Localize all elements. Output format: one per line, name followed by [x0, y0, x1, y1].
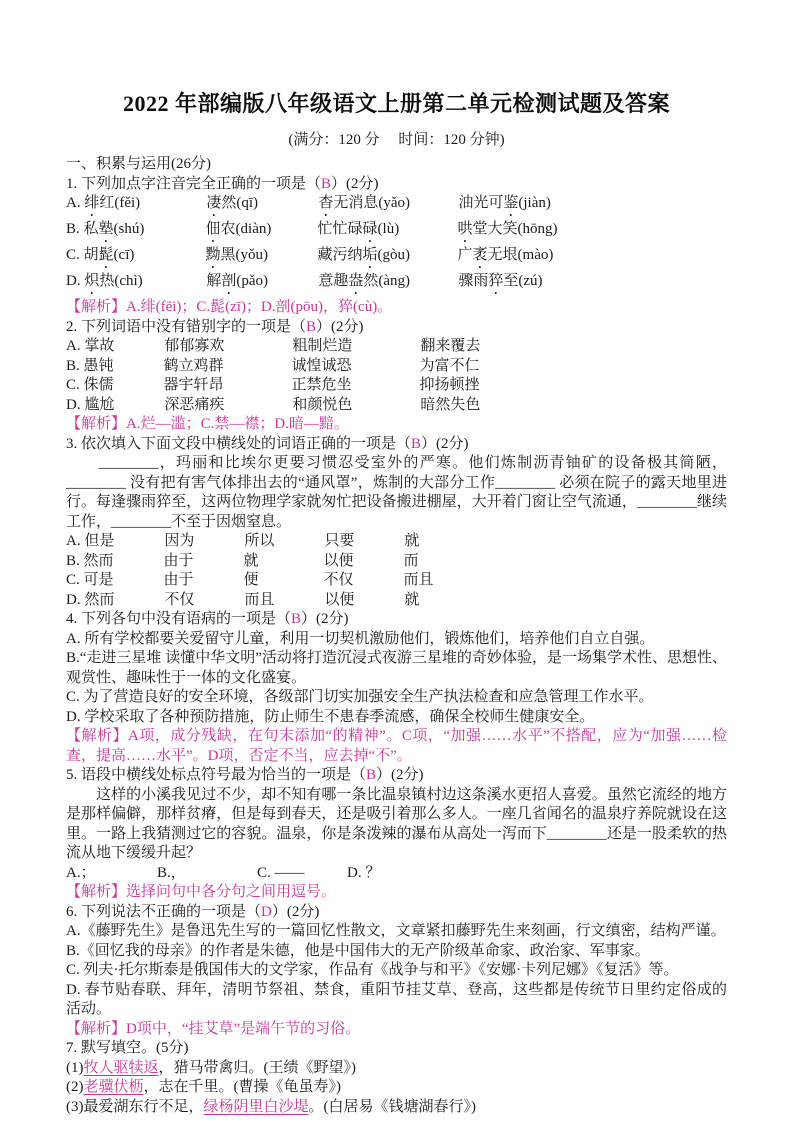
text-run: 然而 [84, 592, 114, 608]
text-run: B.， [157, 865, 186, 881]
text-column: 便 [244, 571, 324, 591]
text-run: 垢 [363, 247, 378, 263]
q2-option-a: A. 掌故郁郁寡欢粗制烂造翻来覆去 [66, 337, 727, 357]
text-run: (lù) [378, 221, 400, 237]
text-column: 掌故 [84, 337, 164, 357]
text-run: 7. 默写填空。(5分) [66, 1040, 189, 1056]
text-run: 解 [206, 273, 221, 289]
text-column: 为富不仁 [420, 358, 480, 374]
text-run: 黝 [206, 247, 221, 263]
text-run: ）(2分) [301, 611, 349, 627]
text-run: D [261, 904, 272, 920]
section-1-heading: 一、积累与运用(26分) [66, 155, 727, 175]
q4-option-b: B.“走进三星堆 读懂中华文明”活动将打造沉浸式夜游三星堆的奇妙体验，是一场集学… [66, 649, 727, 688]
text-run: C. 列夫·托尔斯泰是俄国伟大的文学家，作品有《战争与和平》《安娜·卡列尼娜》《… [66, 962, 679, 978]
q1-option-c: C. 胡髭(cī)黝黑(yǒu)藏污纳垢(gòu)广袤无垠(mào) [66, 246, 727, 272]
text-run: 【解析】A项，成分残缺，在句末添加“的精神”。C项，“加强……水平”不搭配，应为… [66, 728, 727, 764]
q1-stem: 1. 下列加点字注音完全正确的一项是（B）(2分) [66, 175, 727, 195]
text-column: 不仅 [324, 571, 404, 591]
text-run: 无消息(yǎo) [333, 195, 410, 211]
text-run: 油光可 [458, 195, 503, 211]
text-run: 。(白居易《钱塘湖春行》) [309, 1099, 477, 1115]
text-run: 胡 [84, 247, 99, 263]
text-column: 黝黑(yǒu) [206, 246, 318, 272]
text-run: D. [66, 592, 84, 608]
text-run: 红(fěi) [99, 195, 140, 211]
text-run: 绿杨阴里白沙堤 [204, 1099, 309, 1115]
text-run: 2. 下列词语中没有错别字的一项是（ [66, 319, 306, 335]
text-run: 尴尬 [84, 397, 114, 413]
text-run: 而且 [244, 592, 274, 608]
text-run: 碌 [363, 221, 378, 237]
text-run: D. [66, 397, 84, 413]
q6-option-a: A.《藤野先生》是鲁迅先生写的一篇回忆性散文，文章紧扣藤野先生来刻画，行文缜密，… [66, 922, 727, 942]
text-run: B. [66, 358, 84, 374]
q5-passage: 这样的小溪我见过不少，却不知有哪一条比温泉镇村边这条溪水更招人喜爱。虽然它流经的… [66, 786, 727, 864]
text-run: 黑(yǒu) [221, 247, 269, 263]
q5-analysis: 【解析】选择问句中各分句之间用逗号。 [66, 883, 727, 903]
text-run: 私 [84, 221, 99, 237]
text-column: 然而 [84, 591, 164, 611]
text-column: 以便 [324, 591, 404, 611]
text-run: ）(2分) [316, 319, 364, 335]
text-column: 因为 [164, 532, 244, 552]
text-run: 暗然失色 [420, 397, 480, 413]
text-run: 所以 [244, 533, 274, 549]
text-run: 为富不仁 [420, 358, 480, 374]
text-run: 深恶痛疾 [164, 397, 224, 413]
q7-stem: 7. 默写填空。(5分) [66, 1039, 727, 1059]
text-column: 抑扬顿挫 [420, 377, 480, 393]
text-run: 髭 [99, 247, 114, 263]
text-column: 哄堂大笑(hōng) [458, 221, 558, 237]
text-run: 老骥伏枥 [84, 1079, 144, 1095]
text-run: 意趣 [318, 273, 348, 289]
text-column: 忙忙碌碌(lù) [318, 220, 458, 246]
text-run: C. —— [257, 865, 305, 881]
text-run: 忙忙碌 [318, 221, 363, 237]
q4-option-a: A. 所有学校都要关爱留守儿童，利用一切契机激励他们，锻炼他们，培养他们自立自强… [66, 630, 727, 650]
exam-document-page: 2022 年部编版八年级语文上册第二单元检测试题及答案 (满分：120 分 时间… [0, 0, 793, 1122]
q3-option-c: C. 可是由于便不仅而且 [66, 571, 727, 591]
text-run: C. 为了营造良好的安全环境，各级部门切实加强安全生产执法检查和应急管理工作水平… [66, 689, 654, 705]
text-run: 至(zú) [503, 273, 542, 289]
text-run: B [411, 436, 421, 452]
text-run: 可是 [84, 572, 114, 588]
text-column: 可是 [84, 571, 164, 591]
document-subtitle: (满分：120 分 时间：120 分钟) [66, 130, 727, 150]
text-run: ）(2分) [331, 176, 379, 192]
q4-option-c: C. 为了营造良好的安全环境，各级部门切实加强安全生产执法检查和应急管理工作水平… [66, 688, 727, 708]
q4-analysis: 【解析】A项，成分残缺，在句末添加“的精神”。C项，“加强……水平”不搭配，应为… [66, 727, 727, 766]
text-column: A.； [66, 864, 157, 884]
text-run: D. [66, 273, 84, 289]
document-body: 一、积累与运用(26分)1. 下列加点字注音完全正确的一项是（B）(2分)A. … [66, 155, 727, 1117]
text-run: D. 学校采取了各种预防措施，防止师生不患春季流感，确保全校师生健康安全。 [66, 709, 594, 725]
q3-option-d: D. 然而不仅而且以便就 [66, 591, 727, 611]
text-run: 【解析】A.烂—滥；C.禁—襟；D.暗—黯。 [66, 416, 349, 432]
text-run: A. 所有学校都要关爱留守儿童，利用一切契机激励他们，锻炼他们，培养他们自立自强… [66, 631, 654, 647]
q6-stem: 6. 下列说法不正确的一项是（D）(2分) [66, 903, 727, 923]
text-column: 油光可鉴(jiàn) [458, 195, 551, 211]
text-run: 不仅 [164, 592, 194, 608]
text-run: B [321, 176, 331, 192]
text-run: 堂大笑(hōng) [473, 221, 558, 237]
text-run: 凄 [206, 195, 221, 211]
q1-option-d: D. 炽热(chì)解剖(pǎo)意趣盎然(àng)骤雨猝至(zú) [66, 272, 727, 298]
text-column: 佃农(diàn) [206, 220, 318, 246]
q6-option-b: B.《回忆我的母亲》的作者是朱德，他是中国伟大的无产阶级革命家、政治家、军事家。 [66, 942, 727, 962]
text-run: 一、积累与运用(26分) [66, 156, 211, 172]
text-column: 骤雨猝至(zú) [458, 273, 542, 289]
text-run: 广 [458, 247, 473, 263]
text-run: B. [66, 221, 84, 237]
text-run: 就 [404, 533, 419, 549]
text-column: 愚钝 [84, 357, 164, 377]
text-run: 愚钝 [84, 358, 114, 374]
text-run: ）(2分) [272, 904, 320, 920]
text-run: (3)最爱湖东行不足， [66, 1099, 204, 1115]
text-column: 和颜悦色 [292, 396, 420, 416]
text-column: 粗制烂造 [292, 337, 420, 357]
text-run: 只要 [324, 533, 354, 549]
text-column: 而且 [244, 591, 324, 611]
text-run: 热(chì) [99, 273, 142, 289]
text-column: B.， [157, 864, 257, 884]
text-run: 然(qī) [221, 195, 258, 211]
q7-item-2: (2)老骥伏枥，志在千里。(曹操《龟虽寿》) [66, 1078, 727, 1098]
text-column: 就 [244, 552, 324, 572]
q5-stem: 5. 语段中横线处标点符号最为恰当的一项是（B）(2分) [66, 766, 727, 786]
text-run: 诚惶诚恐 [292, 358, 352, 374]
text-run: 藏污纳 [318, 247, 363, 263]
text-run: 然(àng) [363, 273, 410, 289]
text-run: 哄 [458, 221, 473, 237]
text-column: 但是 [84, 532, 164, 552]
text-run: 粗制烂造 [292, 338, 352, 354]
text-run: 炽 [84, 273, 99, 289]
text-run: C. [66, 377, 84, 393]
text-column: 翻来覆去 [420, 338, 480, 354]
text-run: 正禁危坐 [292, 377, 352, 393]
q1-analysis: 【解析】A.绯(fēi)；C.髭(zī)；D.剖(pōu)，猝(cù)。 [66, 298, 727, 318]
text-run: ________，玛丽和比埃尔更要习惯忍受室外的严寒。他们炼制沥青铀矿的设备极其… [66, 455, 727, 530]
text-run: (pǎo) [236, 273, 268, 289]
text-column: 绯红(fěi) [84, 194, 206, 220]
text-run: B.“走进三星堆 读懂中华文明”活动将打造沉浸式夜游三星堆的奇妙体验，是一场集学… [66, 650, 727, 686]
text-run: 鉴 [503, 195, 518, 211]
text-run: 杳 [318, 195, 333, 211]
text-run: ）(2分) [376, 767, 424, 783]
text-column: 不仅 [164, 591, 244, 611]
text-run: (gòu) [378, 247, 411, 263]
text-column: 胡髭(cī) [84, 246, 206, 272]
text-run: ，猎马带禽归。(王绩《野望》) [159, 1060, 357, 1076]
text-column: 诚惶诚恐 [292, 357, 420, 377]
text-run: 抑扬顿挫 [420, 377, 480, 393]
text-run: 然而 [84, 553, 114, 569]
q1-option-a: A. 绯红(fěi)凄然(qī)杳无消息(yǎo)油光可鉴(jiàn) [66, 194, 727, 220]
text-run: 3. 依次填入下面文段中横线处的词语正确的一项是（ [66, 436, 411, 452]
q6-analysis: 【解析】D项中，“挂艾草”是端午节的习俗。 [66, 1020, 727, 1040]
text-run: 剖 [221, 273, 236, 289]
q3-passage: ________，玛丽和比埃尔更要习惯忍受室外的严寒。他们炼制沥青铀矿的设备极其… [66, 454, 727, 532]
q3-option-b: B. 然而由于就以便而 [66, 552, 727, 572]
text-run: 侏儒 [84, 377, 114, 393]
text-run: 由于 [164, 553, 194, 569]
text-run: 器宇轩昂 [164, 377, 224, 393]
text-column: 正禁危坐 [292, 376, 420, 396]
text-run: 就 [244, 553, 259, 569]
text-column: 尴尬 [84, 396, 164, 416]
text-run: A. [66, 338, 84, 354]
text-column: D. ？ [347, 865, 380, 881]
text-run: A. [66, 195, 84, 211]
text-run: 由于 [164, 572, 194, 588]
text-run: 袤 [473, 247, 488, 263]
text-run: 而且 [404, 572, 434, 588]
text-run: (jiàn) [518, 195, 550, 211]
text-run: 以便 [324, 592, 354, 608]
text-column: 解剖(pǎo) [206, 272, 318, 298]
text-run: 掌故 [84, 338, 114, 354]
text-run: A.； [66, 865, 96, 881]
text-column: 意趣盎然(àng) [318, 272, 458, 298]
text-run: 【解析】A.绯(fēi)；C.髭(zī)；D.剖(pōu)，猝(cù)。 [66, 299, 392, 315]
text-column: 藏污纳垢(gòu) [318, 246, 458, 272]
q6-option-d: D. 春节贴春联、拜年，清明节祭祖、禁食，重阳节挂艾草、登高，这些都是传统节日里… [66, 981, 727, 1020]
text-column: 广袤无垠(mào) [458, 247, 554, 263]
q2-option-d: D. 尴尬深恶痛疾和颜悦色暗然失色 [66, 396, 727, 416]
q6-option-c: C. 列夫·托尔斯泰是俄国伟大的文学家，作品有《战争与和平》《安娜·卡列尼娜》《… [66, 961, 727, 981]
text-column: 私塾(shú) [84, 220, 206, 246]
text-run: 无垠(mào) [488, 247, 554, 263]
text-run: 郁郁寡欢 [164, 338, 224, 354]
text-run: C. [66, 247, 84, 263]
text-run: 这样的小溪我见过不少，却不知有哪一条比温泉镇村边这条溪水更招人喜爱。虽然它流经的… [66, 787, 727, 862]
text-run: C. [66, 572, 84, 588]
q7-item-1: (1)牧人驱犊返，猎马带禽归。(王绩《野望》) [66, 1059, 727, 1079]
text-run: 塾 [99, 221, 114, 237]
text-column: 由于 [164, 571, 244, 591]
text-run: 5. 语段中横线处标点符号最为恰当的一项是（ [66, 767, 366, 783]
text-column: 而且 [404, 572, 434, 588]
text-run: 以便 [324, 553, 354, 569]
text-run: 骤雨 [458, 273, 488, 289]
q3-stem: 3. 依次填入下面文段中横线处的词语正确的一项是（B）(2分) [66, 435, 727, 455]
text-run: (1) [66, 1060, 84, 1076]
q4-option-d: D. 学校采取了各种预防措施，防止师生不患春季流感，确保全校师生健康安全。 [66, 708, 727, 728]
text-column: 杳无消息(yǎo) [318, 194, 458, 220]
text-run: ）(2分) [421, 436, 469, 452]
text-run: B [366, 767, 376, 783]
text-column: 就 [404, 533, 419, 549]
text-run: 4. 下列各句中没有语病的一项是（ [66, 611, 291, 627]
text-column: 所以 [244, 532, 324, 552]
text-column: 器宇轩昂 [164, 376, 292, 396]
q2-option-c: C. 侏儒器宇轩昂正禁危坐抑扬顿挫 [66, 376, 727, 396]
text-column: 深恶痛疾 [164, 396, 292, 416]
text-run: 但是 [84, 533, 114, 549]
q3-option-a: A. 但是因为所以只要就 [66, 532, 727, 552]
text-column: 炽热(chì) [84, 272, 206, 298]
text-column: 就 [404, 592, 419, 608]
text-column: C. —— [257, 864, 347, 884]
text-run: 6. 下列说法不正确的一项是（ [66, 904, 261, 920]
text-column: 由于 [164, 552, 244, 572]
text-column: 只要 [324, 532, 404, 552]
text-column: 而 [404, 553, 419, 569]
text-column: 郁郁寡欢 [164, 337, 292, 357]
text-column: 以便 [324, 552, 404, 572]
text-run: 翻来覆去 [420, 338, 480, 354]
q2-analysis: 【解析】A.烂—滥；C.禁—襟；D.暗—黯。 [66, 415, 727, 435]
text-run: A. [66, 533, 84, 549]
text-run: 佃 [206, 221, 221, 237]
q1-option-b: B. 私塾(shú)佃农(diàn)忙忙碌碌(lù)哄堂大笑(hōng) [66, 220, 727, 246]
text-run: (shú) [114, 221, 145, 237]
text-run: 鹤立鸡群 [164, 358, 224, 374]
text-run: 猝 [488, 273, 503, 289]
text-column: 鹤立鸡群 [164, 357, 292, 377]
text-run: D. ？ [347, 865, 380, 881]
text-run: 【解析】选择问句中各分句之间用逗号。 [66, 884, 336, 900]
text-run: 盎 [348, 273, 363, 289]
text-run: B [306, 319, 316, 335]
text-run: ，志在千里。(曹操《龟虽寿》) [144, 1079, 342, 1095]
text-run: 绯 [84, 195, 99, 211]
text-run: 和颜悦色 [292, 397, 352, 413]
document-title: 2022 年部编版八年级语文上册第二单元检测试题及答案 [66, 90, 727, 118]
text-run: 牧人驱犊返 [84, 1060, 159, 1076]
q7-item-3: (3)最爱湖东行不足，绿杨阴里白沙堤。(白居易《钱塘湖春行》) [66, 1098, 727, 1118]
q2-stem: 2. 下列词语中没有错别字的一项是（B）(2分) [66, 318, 727, 338]
text-column: 侏儒 [84, 376, 164, 396]
text-run: 就 [404, 592, 419, 608]
text-run: A.《藤野先生》是鲁迅先生写的一篇回忆性散文，文章紧扣藤野先生来刻画，行文缜密，… [66, 923, 726, 939]
text-run: 因为 [164, 533, 194, 549]
q4-stem: 4. 下列各句中没有语病的一项是（B）(2分) [66, 610, 727, 630]
text-column: 然而 [84, 552, 164, 572]
text-run: B. [66, 553, 84, 569]
text-run: D. 春节贴春联、拜年，清明节祭祖、禁食，重阳节挂艾草、登高，这些都是传统节日里… [66, 982, 727, 1018]
text-run: 而 [404, 553, 419, 569]
text-run: B [291, 611, 301, 627]
text-run: (cī) [114, 247, 135, 263]
text-column: 凄然(qī) [206, 194, 318, 220]
text-run: (2) [66, 1079, 84, 1095]
text-run: 1. 下列加点字注音完全正确的一项是（ [66, 176, 321, 192]
text-run: 不仅 [324, 572, 354, 588]
text-column: 暗然失色 [420, 397, 480, 413]
text-run: B.《回忆我的母亲》的作者是朱德，他是中国伟大的无产阶级革命家、政治家、军事家。 [66, 943, 650, 959]
text-run: 农(diàn) [221, 221, 272, 237]
q5-options: A.；B.，C. ——D. ？ [66, 864, 727, 884]
text-run: 【解析】D项中，“挂艾草”是端午节的习俗。 [66, 1021, 360, 1037]
q2-option-b: B. 愚钝鹤立鸡群诚惶诚恐为富不仁 [66, 357, 727, 377]
text-run: 便 [244, 572, 259, 588]
